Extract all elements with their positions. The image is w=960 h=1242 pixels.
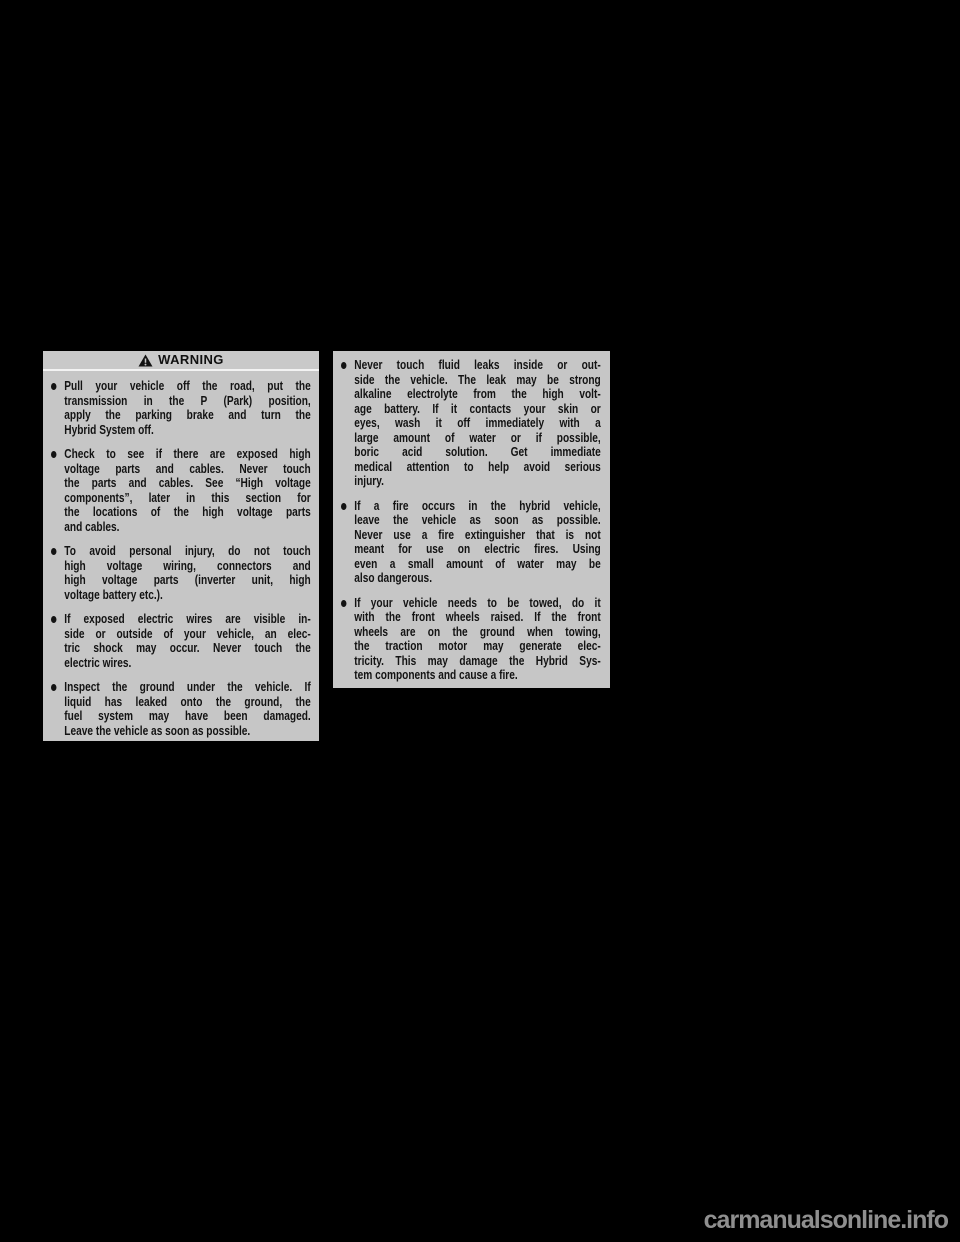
text-line: eyes, wash it off immediately with a <box>354 416 600 431</box>
warning-bullet-item: Check to see if there are exposed high v… <box>51 447 311 534</box>
text-line: the locations of the high voltage parts <box>64 505 310 520</box>
warning-bullet-item: Pull your vehicle off the road, put the … <box>51 379 311 437</box>
text-line: Leave the vehicle as soon as possible. <box>64 724 310 739</box>
text-line: injury. <box>354 474 600 489</box>
text-line: medical attention to help avoid serious <box>354 460 600 475</box>
bullet-icon <box>341 358 354 489</box>
warning-header-label: WARNING <box>158 351 224 369</box>
warning-box-left: WARNING Pull your vehicle off the road, … <box>43 351 319 741</box>
text-line: liquid has leaked onto the ground, the <box>64 695 310 710</box>
text-line: components”, later in this section for <box>64 491 310 506</box>
bullet-icon <box>51 379 64 437</box>
text-line: side or outside of your vehicle, an elec… <box>64 627 310 642</box>
text-line: meant for use on electric fires. Using <box>354 542 600 557</box>
warning-bullet-item: If a fire occurs in the hybrid vehicle, … <box>341 499 601 586</box>
text-line: boric acid solution. Get immediate <box>354 445 600 460</box>
text-line: side the vehicle. The leak may be strong <box>354 373 600 388</box>
site-watermark: carmanualsonline.info <box>704 1206 948 1235</box>
warning-bullet-item: Never touch fluid leaks inside or out- s… <box>341 358 601 489</box>
text-line: electric wires. <box>64 656 310 671</box>
text-line: Check to see if there are exposed high <box>64 447 310 462</box>
bullet-icon <box>51 680 64 738</box>
bullet-icon <box>51 544 64 602</box>
text-line: the traction motor may generate elec- <box>354 639 600 654</box>
text-line: high voltage parts (inverter unit, high <box>64 573 310 588</box>
text-line: and cables. <box>64 520 310 535</box>
text-line: If your vehicle needs to be towed, do it <box>354 596 600 611</box>
warning-bullet-item: If exposed electric wires are visible in… <box>51 612 311 670</box>
text-line: Pull your vehicle off the road, put the <box>64 379 310 394</box>
warning-right-body: Never touch fluid leaks inside or out- s… <box>333 351 610 683</box>
text-line: also dangerous. <box>354 571 600 586</box>
text-line: tricity. This may damage the Hybrid Sys- <box>354 654 600 669</box>
warning-triangle-icon <box>138 354 153 367</box>
text-line: apply the parking brake and turn the <box>64 408 310 423</box>
warning-left-body: Pull your vehicle off the road, put the … <box>43 371 319 738</box>
bullet-icon <box>341 596 354 683</box>
bullet-icon <box>341 499 354 586</box>
warning-box-right: Never touch fluid leaks inside or out- s… <box>333 351 610 688</box>
text-line: Inspect the ground under the vehicle. If <box>64 680 310 695</box>
text-line: transmission in the P (Park) position, <box>64 394 310 409</box>
bullet-icon <box>51 612 64 670</box>
manual-page: WARNING Pull your vehicle off the road, … <box>0 0 960 1242</box>
warning-bullet-item: To avoid personal injury, do not touch h… <box>51 544 311 602</box>
text-line: Never use a fire extinguisher that is no… <box>354 528 600 543</box>
text-line: alkaline electrolyte from the high volt- <box>354 387 600 402</box>
text-line: even a small amount of water may be <box>354 557 600 572</box>
text-line: age battery. If it contacts your skin or <box>354 402 600 417</box>
warning-header: WARNING <box>43 351 319 371</box>
text-line: To avoid personal injury, do not touch <box>64 544 310 559</box>
warning-bullet-item: If your vehicle needs to be towed, do it… <box>341 596 601 683</box>
warning-bullet-item: Inspect the ground under the vehicle. If… <box>51 680 311 738</box>
text-line: the parts and cables. See “High voltage <box>64 476 310 491</box>
bullet-icon <box>51 447 64 534</box>
text-line: If exposed electric wires are visible in… <box>64 612 310 627</box>
text-line: If a fire occurs in the hybrid vehicle, <box>354 499 600 514</box>
text-line: voltage battery etc.). <box>64 588 310 603</box>
text-line: Hybrid System off. <box>64 423 310 438</box>
text-line: fuel system may have been damaged. <box>64 709 310 724</box>
text-line: Never touch fluid leaks inside or out- <box>354 358 600 373</box>
text-line: with the front wheels raised. If the fro… <box>354 610 600 625</box>
text-line: leave the vehicle as soon as possible. <box>354 513 600 528</box>
text-line: large amount of water or if possible, <box>354 431 600 446</box>
text-line: high voltage wiring, connectors and <box>64 559 310 574</box>
text-line: wheels are on the ground when towing, <box>354 625 600 640</box>
text-line: tem components and cause a fire. <box>354 668 600 683</box>
text-line: voltage parts and cables. Never touch <box>64 462 310 477</box>
text-line: tric shock may occur. Never touch the <box>64 641 310 656</box>
